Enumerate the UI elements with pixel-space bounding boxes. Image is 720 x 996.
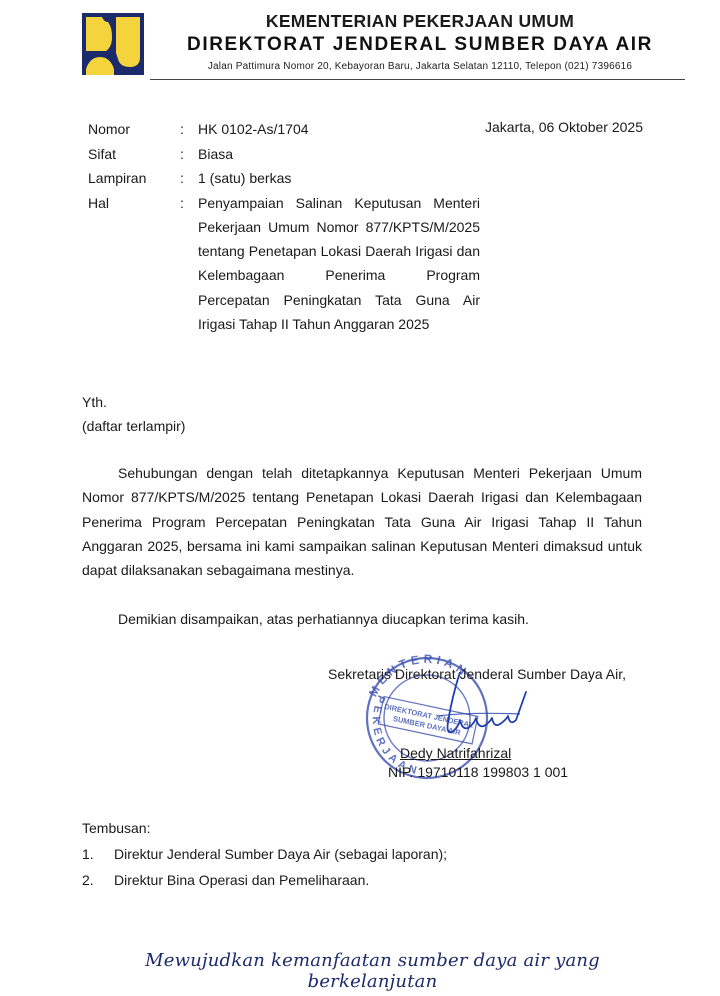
pu-logo-icon bbox=[82, 13, 144, 75]
meta-value: Biasa bbox=[198, 142, 480, 167]
carbon-copy-item: 2. Direktur Bina Operasi dan Pemeliharaa… bbox=[82, 867, 447, 893]
subject-value: Penyampaian Salinan Keputusan Menteri Pe… bbox=[198, 191, 480, 337]
meta-colon: : bbox=[180, 117, 198, 142]
place-date: Jakarta, 06 Oktober 2025 bbox=[485, 119, 643, 135]
carbon-copy-label: Tembusan: bbox=[82, 815, 447, 841]
letter-meta: Nomor : HK 0102-As/1704 Sifat : Biasa La… bbox=[88, 117, 480, 336]
letterhead-divider bbox=[150, 79, 685, 80]
meta-value: HK 0102-As/1704 bbox=[198, 117, 480, 142]
cc-text: Direktur Bina Operasi dan Pemeliharaan. bbox=[114, 867, 369, 893]
meta-colon: : bbox=[180, 191, 198, 337]
signatory-name: Dedy Natrifahrizal bbox=[400, 745, 511, 761]
office-address: Jalan Pattimura Nomor 20, Kebayoran Baru… bbox=[150, 61, 690, 72]
cc-number: 1. bbox=[82, 841, 114, 867]
meta-colon: : bbox=[180, 142, 198, 167]
meta-row-lampiran: Lampiran : 1 (satu) berkas bbox=[88, 166, 480, 191]
meta-row-sifat: Sifat : Biasa bbox=[88, 142, 480, 167]
salutation: Yth. bbox=[82, 390, 185, 414]
meta-colon: : bbox=[180, 166, 198, 191]
signatory-nip: NIP. 19710118 199803 1 001 bbox=[388, 764, 568, 780]
meta-row-nomor: Nomor : HK 0102-As/1704 bbox=[88, 117, 480, 142]
meta-label: Hal bbox=[88, 191, 180, 337]
meta-row-hal: Hal : Penyampaian Salinan Keputusan Ment… bbox=[88, 191, 480, 337]
ministry-name: KEMENTERIAN PEKERJAAN UMUM bbox=[150, 11, 690, 32]
meta-label: Nomor bbox=[88, 117, 180, 142]
recipient-block: Yth. (daftar terlampir) bbox=[82, 390, 185, 438]
cc-number: 2. bbox=[82, 867, 114, 893]
closing-sentence: Demikian disampaikan, atas perhatiannya … bbox=[118, 611, 529, 627]
carbon-copy-item: 1. Direktur Jenderal Sumber Daya Air (se… bbox=[82, 841, 447, 867]
recipient: (daftar terlampir) bbox=[82, 414, 185, 438]
carbon-copy-list: Tembusan: 1. Direktur Jenderal Sumber Da… bbox=[82, 815, 447, 893]
handwritten-signature bbox=[430, 672, 530, 747]
meta-label: Lampiran bbox=[88, 166, 180, 191]
footer-motto: Mewujudkan kemanfaatan sumber daya air y… bbox=[120, 950, 625, 992]
meta-value: 1 (satu) berkas bbox=[198, 166, 480, 191]
directorate-name: DIREKTORAT JENDERAL SUMBER DAYA AIR bbox=[150, 34, 690, 56]
cc-text: Direktur Jenderal Sumber Daya Air (sebag… bbox=[114, 841, 447, 867]
body-paragraph: Sehubungan dengan telah ditetapkannya Ke… bbox=[82, 461, 642, 582]
meta-label: Sifat bbox=[88, 142, 180, 167]
